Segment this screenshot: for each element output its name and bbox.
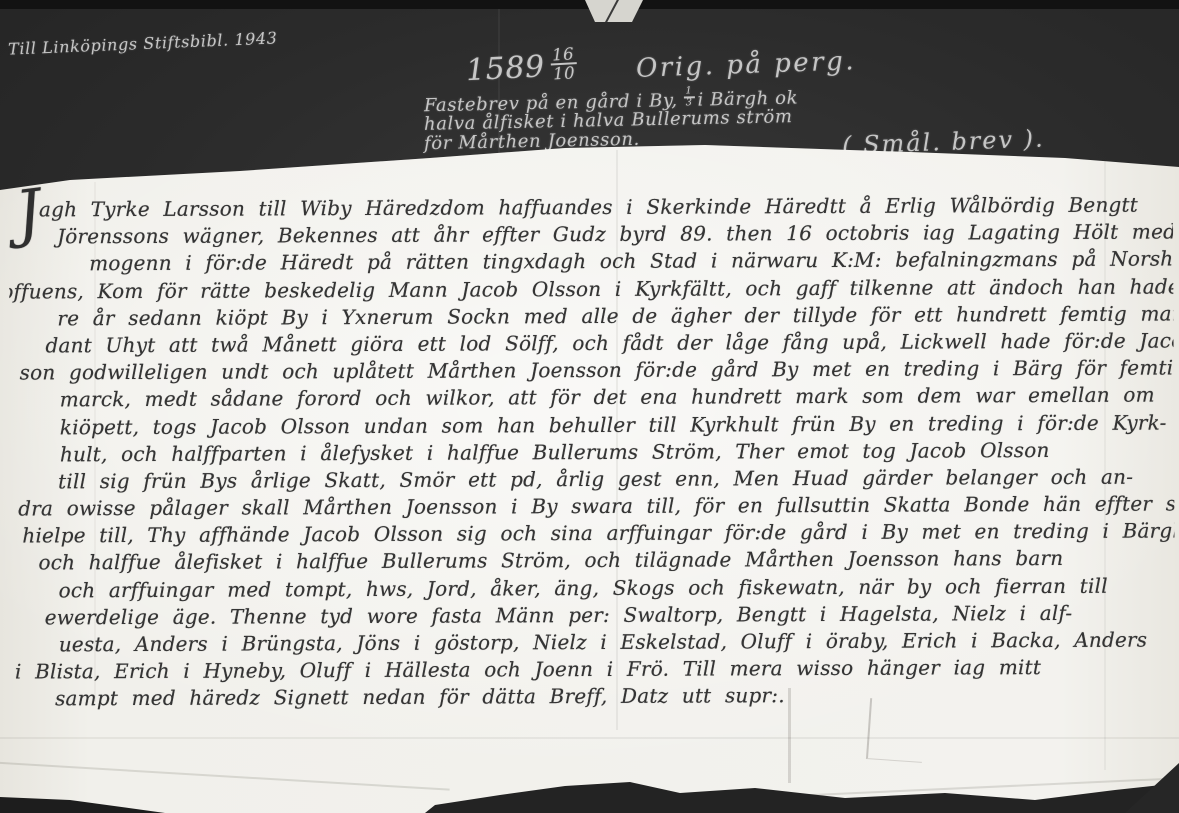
mounting-tab-mark	[604, 0, 620, 25]
provenance-note: Till Linköpings Stiftsbibl. 1943	[8, 28, 278, 58]
date-month: 10	[551, 64, 578, 83]
ms-line: sampt med häredz Signett nedan för dätta…	[55, 681, 1175, 713]
manuscript-text: agh Tyrke Larsson till Wiby Häredzdom ha…	[9, 191, 1175, 716]
ms-line: i Blista, Erich i Hyneby, Oluff i Hälles…	[15, 654, 1175, 686]
plica-fold-line	[0, 761, 450, 790]
date-fraction: 1610	[550, 45, 578, 83]
year-text: 1589	[465, 49, 545, 88]
ms-line: mogenn i för:de Häredt på rätten tingxda…	[89, 246, 1173, 278]
date-note: 15891610	[465, 45, 581, 94]
parchment-crease	[0, 737, 1179, 739]
manuscript-photo: Till Linköpings Stiftsbibl. 1943 1589161…	[0, 0, 1179, 813]
ms-line: marck, medt sådane forord och wilkor, at…	[60, 382, 1174, 414]
third-fraction: 13	[683, 86, 694, 109]
bottom-shadow	[425, 781, 1179, 813]
original-material-note: Orig. på perg.	[636, 46, 857, 84]
mounting-tab	[585, 0, 643, 22]
bottom-shadow	[0, 791, 165, 813]
